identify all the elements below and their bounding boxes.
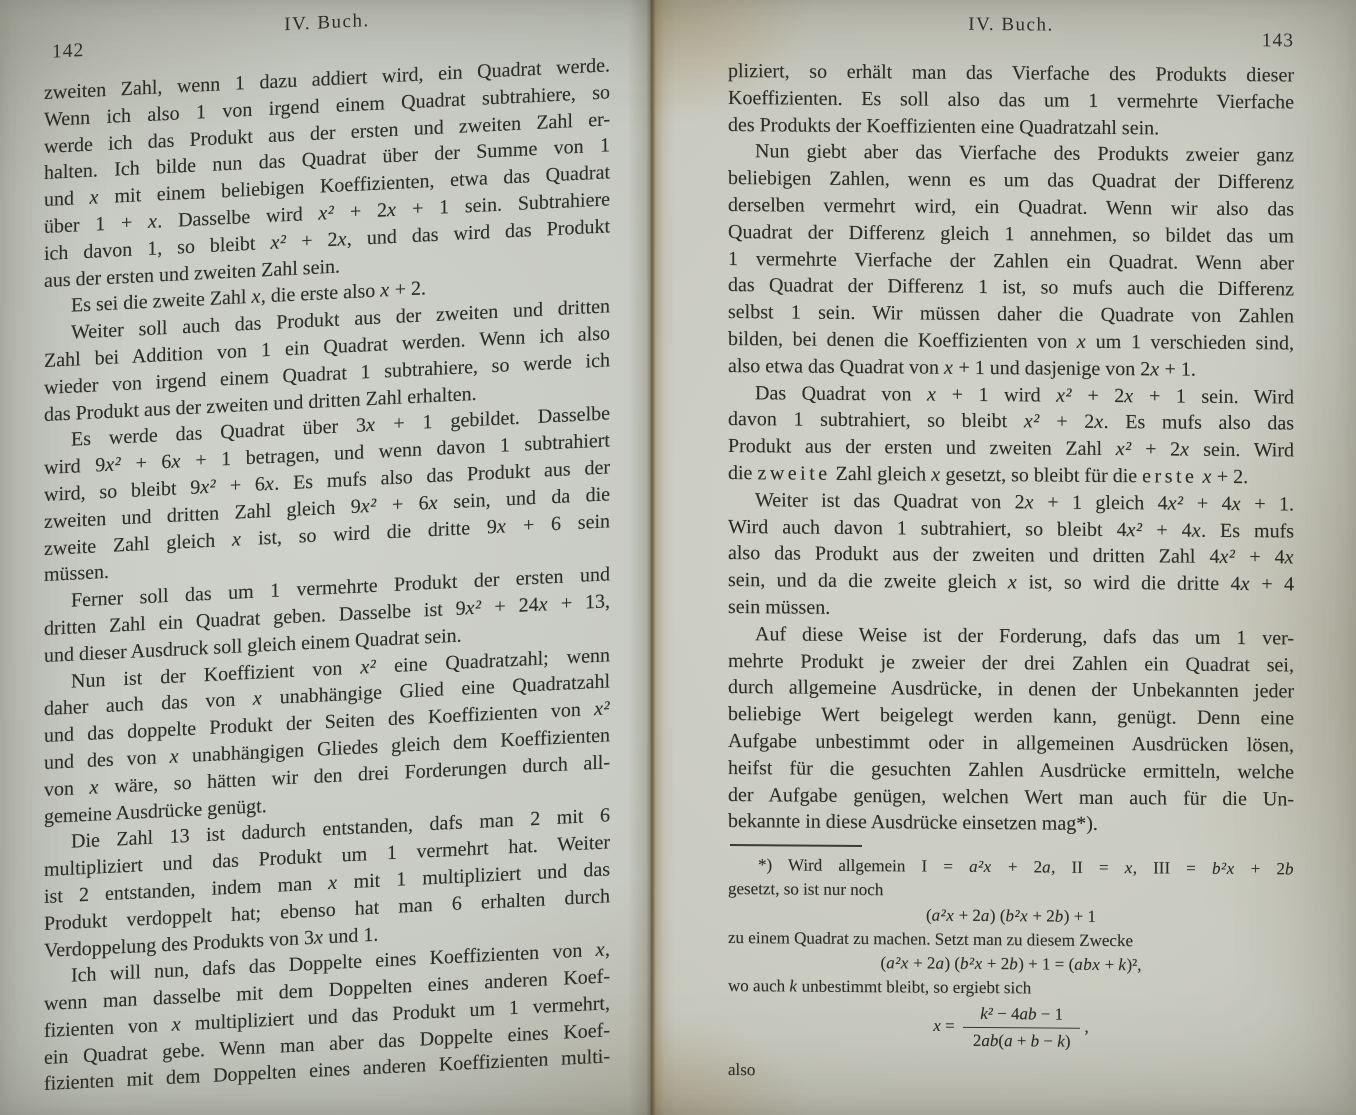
running-header: IV. Buch. [728,12,1294,38]
page-143-text: pliziert, so erhält man das Vierfache de… [728,58,1294,840]
page-143-content: IV. Buch. 143 pliziert, so erhält man da… [728,14,1294,1087]
text-line: Auf diese Weise ist der Forderung, dafs … [728,621,1294,652]
text-line: sein müssen. [728,594,1294,625]
text-line: bekannte in diese Ausdrücke einsetzen ma… [728,808,1294,839]
fraction: k² − 4ab − 1 2ab(a + b − k) [963,1003,1081,1053]
page-142: 142 IV. Buch. zweiten Zahl, wenn 1 dazu … [0,0,652,1115]
text-line: pliziert, so erhält man das Vierfache de… [728,58,1294,89]
book-spread: 142 IV. Buch. zweiten Zahl, wenn 1 dazu … [0,0,1356,1115]
fraction-lhs: x = [933,1016,954,1035]
text-line: also [728,1058,1294,1086]
footnote-fraction-line: x = k² − 4ab − 1 2ab(a + b − k) , [728,1001,1294,1054]
text-line: derselben vermehrt wird, ein Quadrat. We… [728,192,1294,223]
fraction-denominator: 2ab(a + b − k) [963,1028,1081,1053]
fraction-numerator: k² − 4ab − 1 [963,1003,1081,1029]
page-142-content: 142 IV. Buch. zweiten Zahl, wenn 1 dazu … [44,10,610,1098]
text-line: Weiter ist das Quadrat von 2x + 1 gleich… [728,487,1294,518]
book-gutter [628,0,676,1115]
text-line: die zweite Zahl gleich x gesetzt, so ble… [728,460,1294,491]
text-line: wo auch k unbestimmt bleibt, so ergiebt … [728,974,1294,1003]
footnote-text: *) Wird allgemein I = a²x + 2a, II = x, … [728,853,1294,1003]
text-line: also etwa das Quadrat von x + 1 und dasj… [728,353,1294,384]
page-number: 143 [1262,30,1294,52]
text-line: Quadrat der Differenz gleich 1 annehmen,… [728,219,1294,250]
page-143: IV. Buch. 143 pliziert, so erhält man da… [652,0,1356,1115]
text-line: zu einem Quadrat zu machen. Setzt man zu… [728,926,1294,955]
footnote-separator [730,844,862,847]
footnote: *) Wird allgemein I = a²x + 2a, II = x, … [728,844,1294,1087]
page-143-header-row: IV. Buch. 143 [728,14,1294,46]
text-line: bilden, bei denen die Koeffizienten von … [728,326,1294,357]
fraction-suffix: , [1084,1018,1088,1037]
text-line: heifst für die gesuchten Zahlen Ausdrück… [728,755,1294,786]
text-line: Aufgabe unbestimmt oder in allgemeinen A… [728,728,1294,759]
page-142-text: zweiten Zahl, wenn 1 dazu addiert wird, … [44,52,610,1098]
text-line: Koeffizienten. Es soll also das um 1 ver… [728,85,1294,116]
running-header: IV. Buch. [44,0,610,48]
text-line: gesetzt, so ist nur noch [728,877,1294,906]
